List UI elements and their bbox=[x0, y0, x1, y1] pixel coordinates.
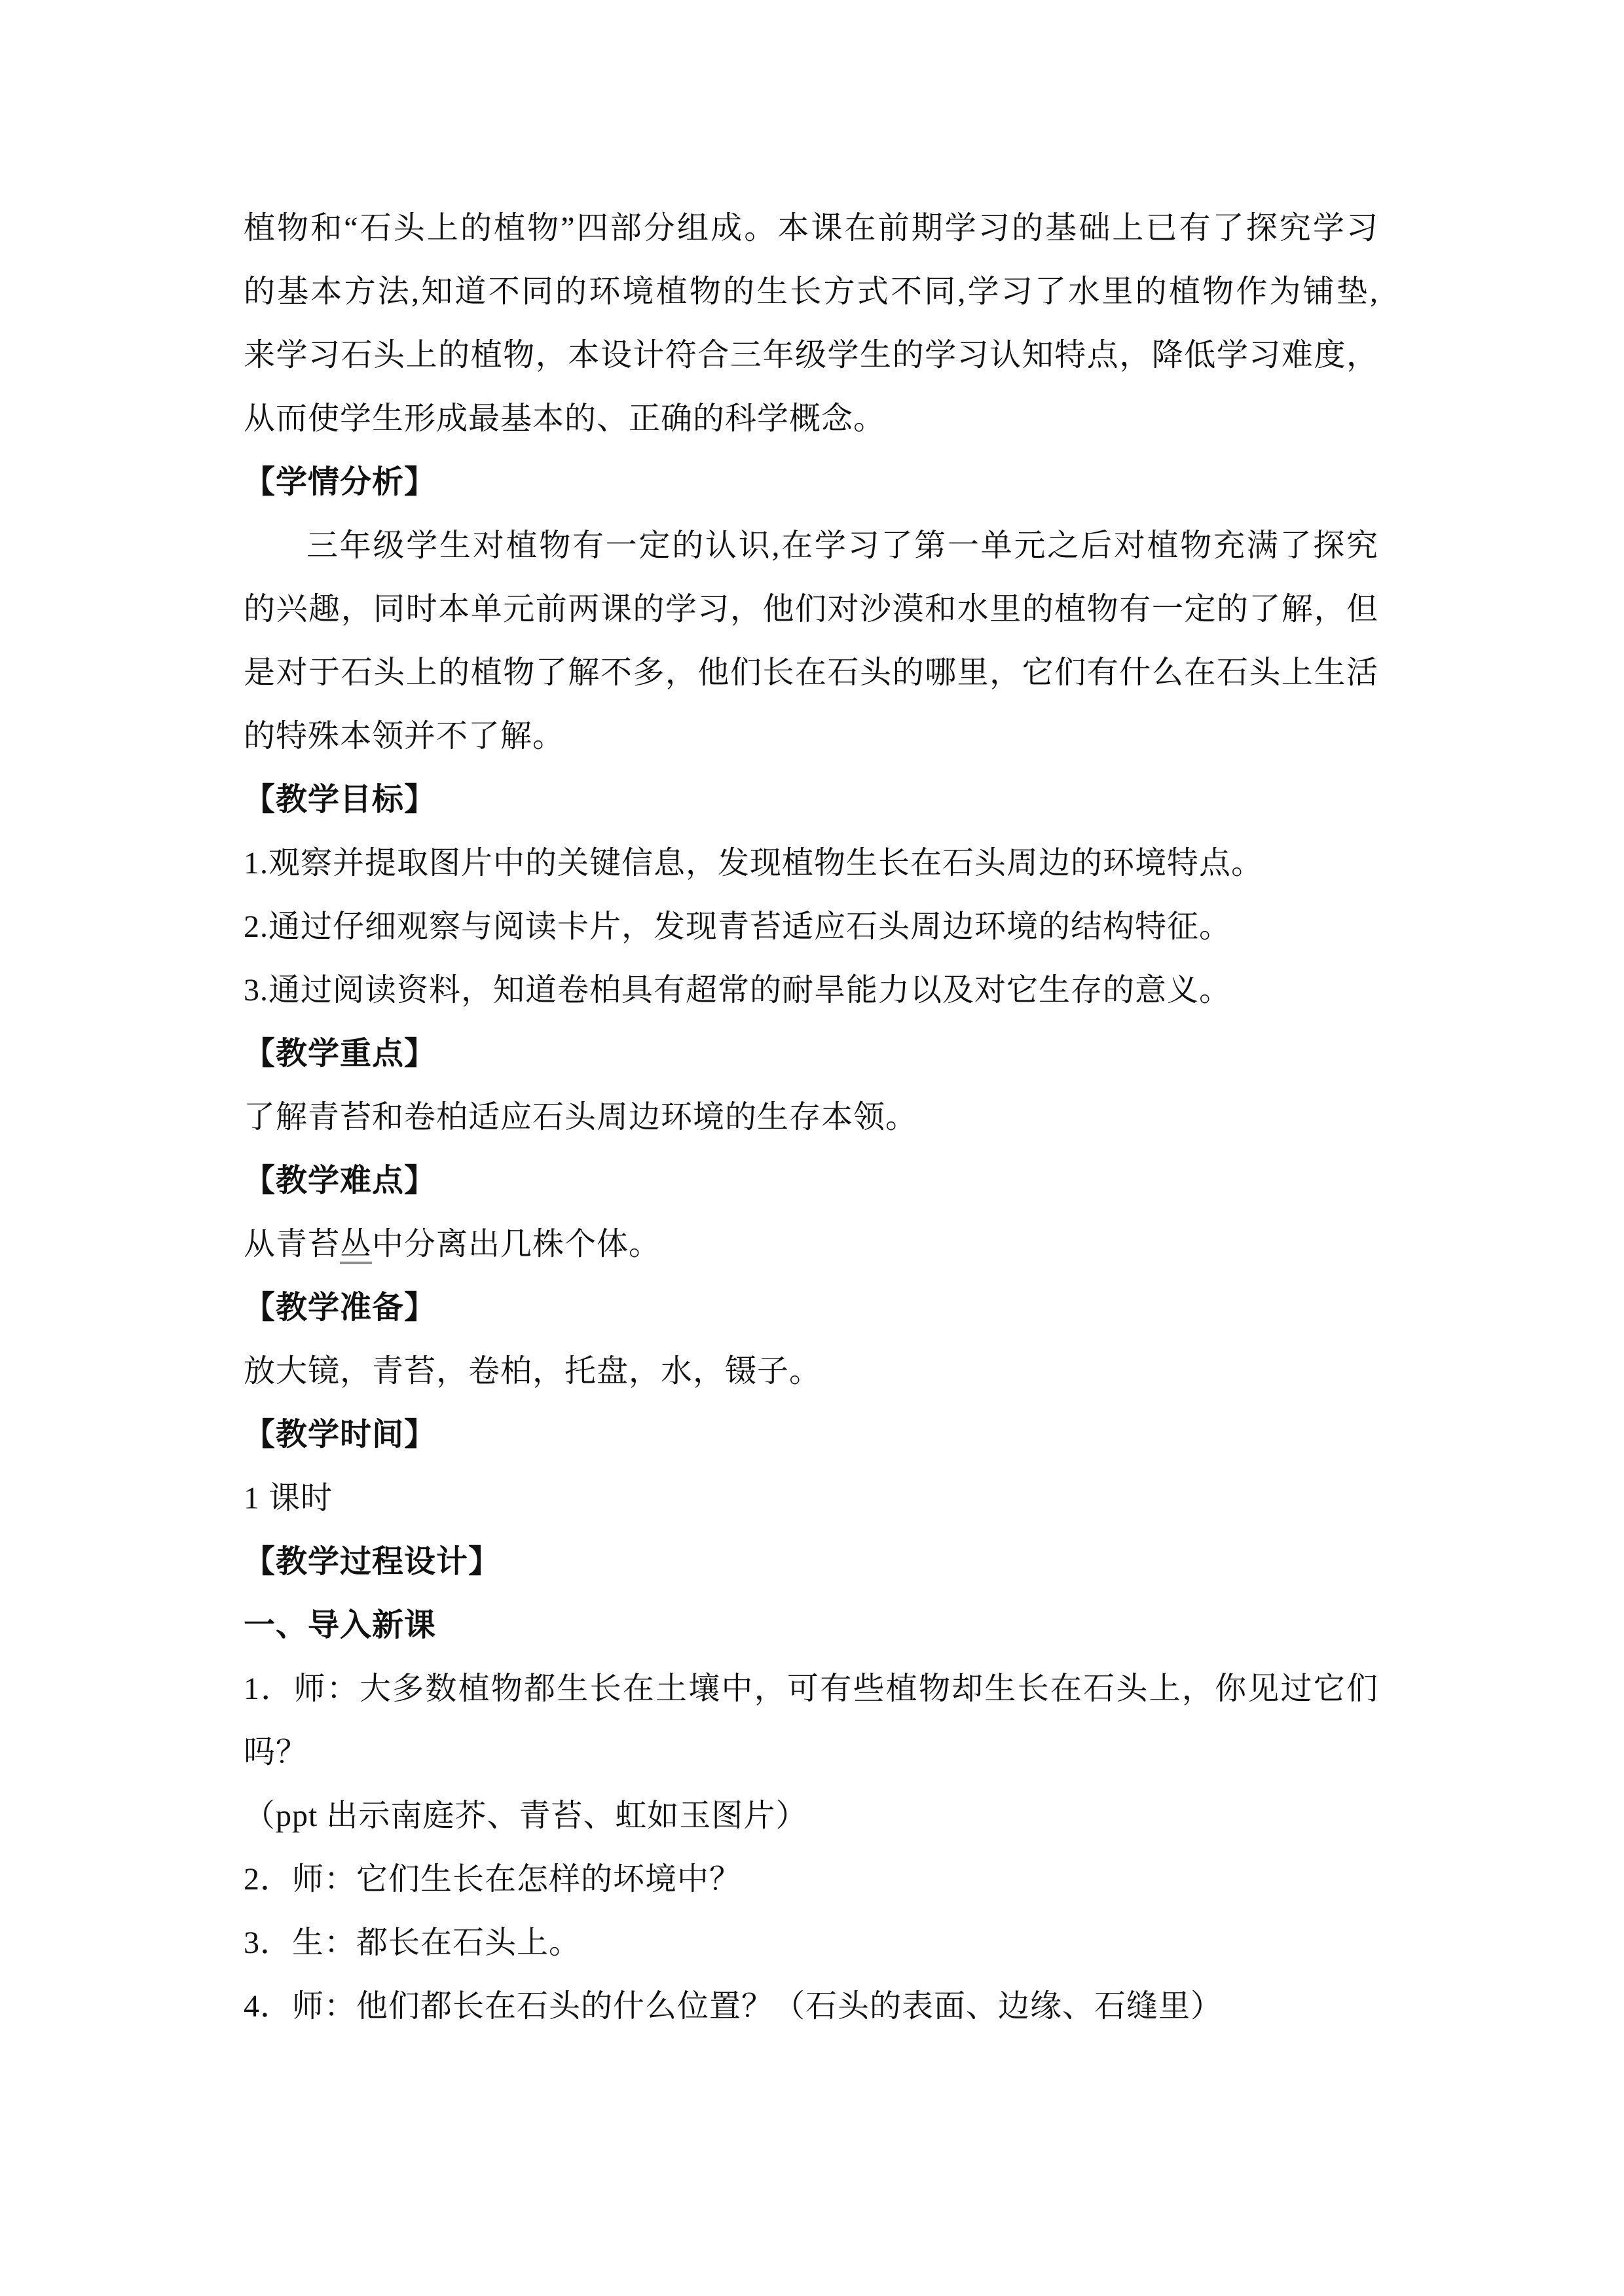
paragraph-line: 了解青苔和卷柏适应石头周边环境的生存本领。 bbox=[244, 1085, 1378, 1149]
paragraph-line: 放大镜，青苔，卷柏，托盘，水，镊子。 bbox=[244, 1339, 1378, 1403]
dialog-line-4-teacher: 4．师：他们都长在石头的什么位置？（石头的表面、边缘、石缝里） bbox=[244, 1975, 1378, 2038]
paragraph-line: 的基本方法,知道不同的环境植物的生长方式不同,学习了水里的植物作为铺垫, bbox=[244, 260, 1378, 323]
dialog-line-3-student: 3．生：都长在石头上。 bbox=[244, 1911, 1378, 1975]
section-heading-learner-analysis: 【学情分析】 bbox=[244, 450, 1378, 514]
section-heading-teaching-time: 【教学时间】 bbox=[244, 1403, 1378, 1467]
dialog-line-1-continuation: 吗？ bbox=[244, 1721, 1378, 1784]
text-segment: 从青苔 bbox=[244, 1227, 340, 1262]
paragraph-line: 的特殊本领并不了解。 bbox=[244, 704, 1378, 768]
goal-item-1: 1.观察并提取图片中的关键信息，发现植物生长在石头周边的环境特点。 bbox=[244, 831, 1378, 895]
paragraph-line: 的兴趣，同时本单元前两课的学习，他们对沙漠和水里的植物有一定的了解，但 bbox=[244, 577, 1378, 641]
ppt-note-line: （ppt 出示南庭芥、青苔、虹如玉图片） bbox=[244, 1784, 1378, 1848]
paragraph-line: 从青苔丛中分离出几株个体。 bbox=[244, 1212, 1378, 1276]
section-heading-teaching-difficulty: 【教学难点】 bbox=[244, 1149, 1378, 1212]
page-text-block: 植物和“石头上的植物”四部分组成。本课在前期学习的基础上已有了探究学习 的基本方… bbox=[244, 196, 1378, 2038]
dialog-line-1-teacher: 1．师：大多数植物都生长在土壤中，可有些植物却生长在石头上，你见过它们 bbox=[244, 1657, 1378, 1721]
subsection-heading-lead-in: 一、导入新课 bbox=[244, 1594, 1378, 1657]
dialog-line-2-teacher: 2．师：它们生长在怎样的坏境中？ bbox=[244, 1848, 1378, 1911]
goal-item-3: 3.通过阅读资料，知道卷柏具有超常的耐旱能力以及对它生存的意义。 bbox=[244, 958, 1378, 1022]
paragraph-line: 是对于石头上的植物了解不多，他们长在石头的哪里，它们有什么在石头上生活 bbox=[244, 641, 1378, 704]
section-heading-teaching-focus: 【教学重点】 bbox=[244, 1022, 1378, 1085]
paragraph-line: 1 课时 bbox=[244, 1467, 1378, 1530]
paragraph-line: 从而使学生形成最基本的、正确的科学概念。 bbox=[244, 387, 1378, 450]
text-segment: 中分离出几株个体。 bbox=[372, 1227, 661, 1262]
goal-item-2: 2.通过仔细观察与阅读卡片，发现青苔适应石头周边环境的结构特征。 bbox=[244, 895, 1378, 958]
paragraph-line: 植物和“石头上的植物”四部分组成。本课在前期学习的基础上已有了探究学习 bbox=[244, 196, 1378, 260]
underlined-character: 丛 bbox=[340, 1227, 372, 1264]
paragraph-line: 来学习石头上的植物，本设计符合三年级学生的学习认知特点，降低学习难度， bbox=[244, 323, 1378, 387]
paragraph-line: 三年级学生对植物有一定的认识,在学习了第一单元之后对植物充满了探究 bbox=[244, 514, 1378, 577]
document-page: 植物和“石头上的植物”四部分组成。本课在前期学习的基础上已有了探究学习 的基本方… bbox=[0, 0, 1624, 2296]
section-heading-teaching-preparation: 【教学准备】 bbox=[244, 1276, 1378, 1339]
section-heading-teaching-goals: 【教学目标】 bbox=[244, 768, 1378, 831]
section-heading-teaching-process: 【教学过程设计】 bbox=[244, 1530, 1378, 1594]
